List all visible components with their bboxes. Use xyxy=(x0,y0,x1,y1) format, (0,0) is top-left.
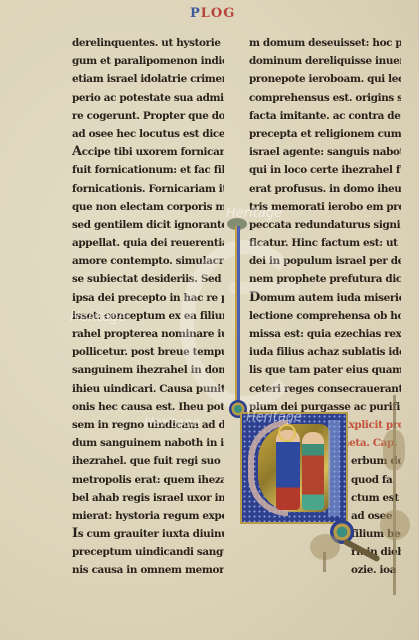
text-line: fornicationis. Fornicariam ita xyxy=(72,180,224,198)
watermark-text-left: Heritage xyxy=(70,310,126,325)
text-line: mierat: hystoria regum exponit. xyxy=(72,507,224,525)
watermark-arc xyxy=(180,240,310,410)
historiated-initial: Heritage xyxy=(240,412,348,524)
text-line: perio ac potestate sua admitte xyxy=(72,89,224,107)
figure-haloed-prophet xyxy=(276,430,300,510)
figure-companion xyxy=(302,432,324,510)
text-line: derelinquentes. ut hystorie re xyxy=(72,34,224,52)
text-line: Is cum grauiter iuxta diuinum xyxy=(72,525,224,543)
text-line: gum et paralipomenon indicant: xyxy=(72,52,224,70)
text-line: que non electam corporis meretricem: xyxy=(72,198,224,216)
text-line: ihezrahel. que fuit regi suo xyxy=(72,452,224,470)
marginal-penwork-drop xyxy=(323,552,326,572)
running-head: PLOG xyxy=(190,6,235,21)
text-line: ad osee hec locutus est dicens. xyxy=(72,125,224,143)
text-line: etiam israel idolatrie crimen im xyxy=(72,70,224,88)
text-line: facta imitante. ac contra dei xyxy=(249,107,401,125)
text-line: Accipe tibi uxorem fornicariam xyxy=(72,143,224,161)
initial-ascender xyxy=(235,226,240,416)
text-line: pronepote ieroboam. qui lectio xyxy=(249,70,401,88)
text-line: precepta et religionem cum populo xyxy=(249,125,401,143)
watermark-bar xyxy=(230,282,300,294)
text-line: appellat. quia dei reuerentiam sui xyxy=(72,234,224,252)
text-line: dum sanguinem naboth in ius xyxy=(72,434,224,452)
text-line: erat profusus. in domo iheu pa xyxy=(249,180,401,198)
text-line: israel agente: sanguis naboth xyxy=(249,143,401,161)
manuscript-page: PLOG derelinquentes. ut hystorie re gum … xyxy=(0,0,419,640)
text-line: bel ahab regis israel uxor interi xyxy=(72,489,224,507)
text-line: m domum deseuisset: hoc pacto xyxy=(249,34,401,52)
text-line: onis hec causa est. Iheu potest xyxy=(72,398,224,416)
marginal-penwork-leaf xyxy=(380,510,410,540)
running-head-rest: LOG xyxy=(201,6,236,21)
text-line: dominum dereliquisse inuenitur. Cuius xyxy=(249,52,401,70)
marginal-penwork-leaf xyxy=(383,430,405,470)
text-line: qui in loco certe ihezrahel fu xyxy=(249,161,401,179)
text-line: comprehensus est. origins sue xyxy=(249,89,401,107)
watermark-text-lower: Heritage xyxy=(144,416,200,431)
watermark-text: Heritage xyxy=(246,410,302,425)
text-line: preceptum uindicandi sangui xyxy=(72,543,224,561)
text-line: metropolis erat: quem iheza xyxy=(72,471,224,489)
initial-letter-stem xyxy=(328,420,340,516)
running-head-initial: P xyxy=(190,6,201,21)
text-line: fuit fornicationum: et fac filios xyxy=(72,161,224,179)
text-line: nis causa in omnem memoria xyxy=(72,561,224,579)
watermark-text-upper: Heritage xyxy=(226,206,282,221)
marginal-penwork-stem xyxy=(393,395,396,595)
halo-icon xyxy=(278,424,296,442)
text-line: sed gentilem dicit ignorantem xyxy=(72,216,224,234)
text-line: re cogerunt. Propter que dominus xyxy=(72,107,224,125)
